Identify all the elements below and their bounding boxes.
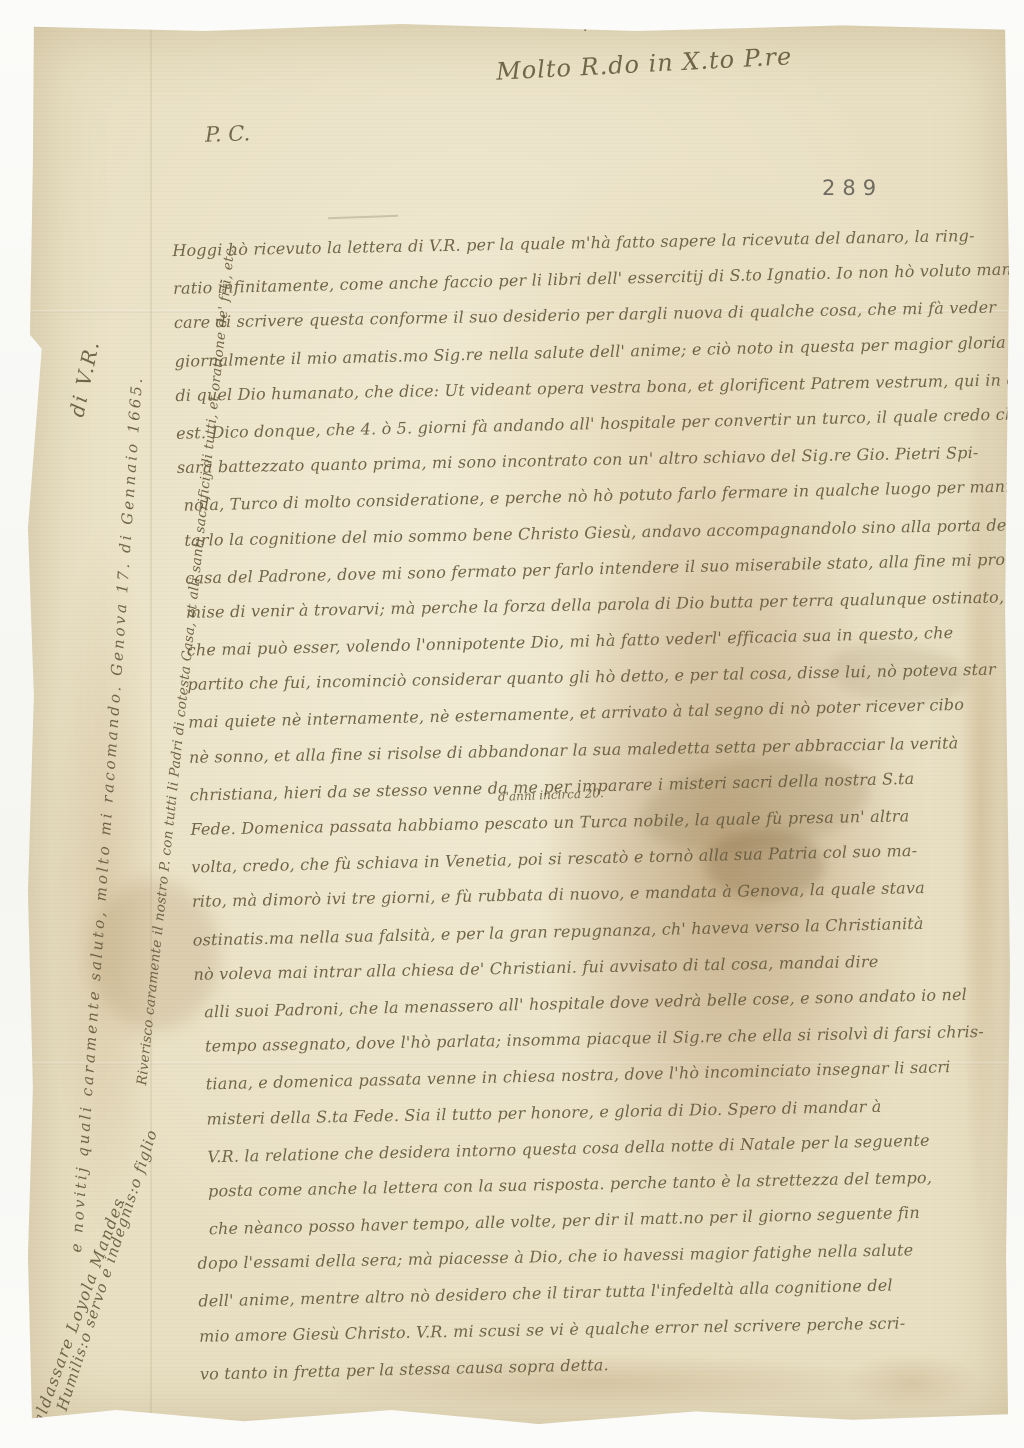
margin-closing: di V.R. bbox=[65, 337, 105, 419]
vertical-fold-crease bbox=[150, 24, 152, 1424]
signature-title: Humilis:o servo e indegnis:o figlio bbox=[53, 1127, 161, 1413]
salutation: P. C. bbox=[205, 121, 251, 147]
pen-stroke bbox=[328, 215, 398, 219]
folio-number-stamp: 289 bbox=[822, 176, 883, 200]
margin-postscript-2: e novitij quali caramente saluto, molto … bbox=[67, 375, 146, 1253]
letter-header: Molto R.do in X.to P.re bbox=[495, 42, 792, 85]
letter-body: Hoggi hò ricevuto la lettera di V.R. per… bbox=[172, 216, 1024, 1391]
scan-background: 289 + Molto R.do in X.to P.re P. C. Hogg… bbox=[0, 0, 1024, 1448]
cross-mark-icon: + bbox=[576, 12, 594, 37]
letter-paper: 289 + Molto R.do in X.to P.re P. C. Hogg… bbox=[28, 24, 1010, 1424]
